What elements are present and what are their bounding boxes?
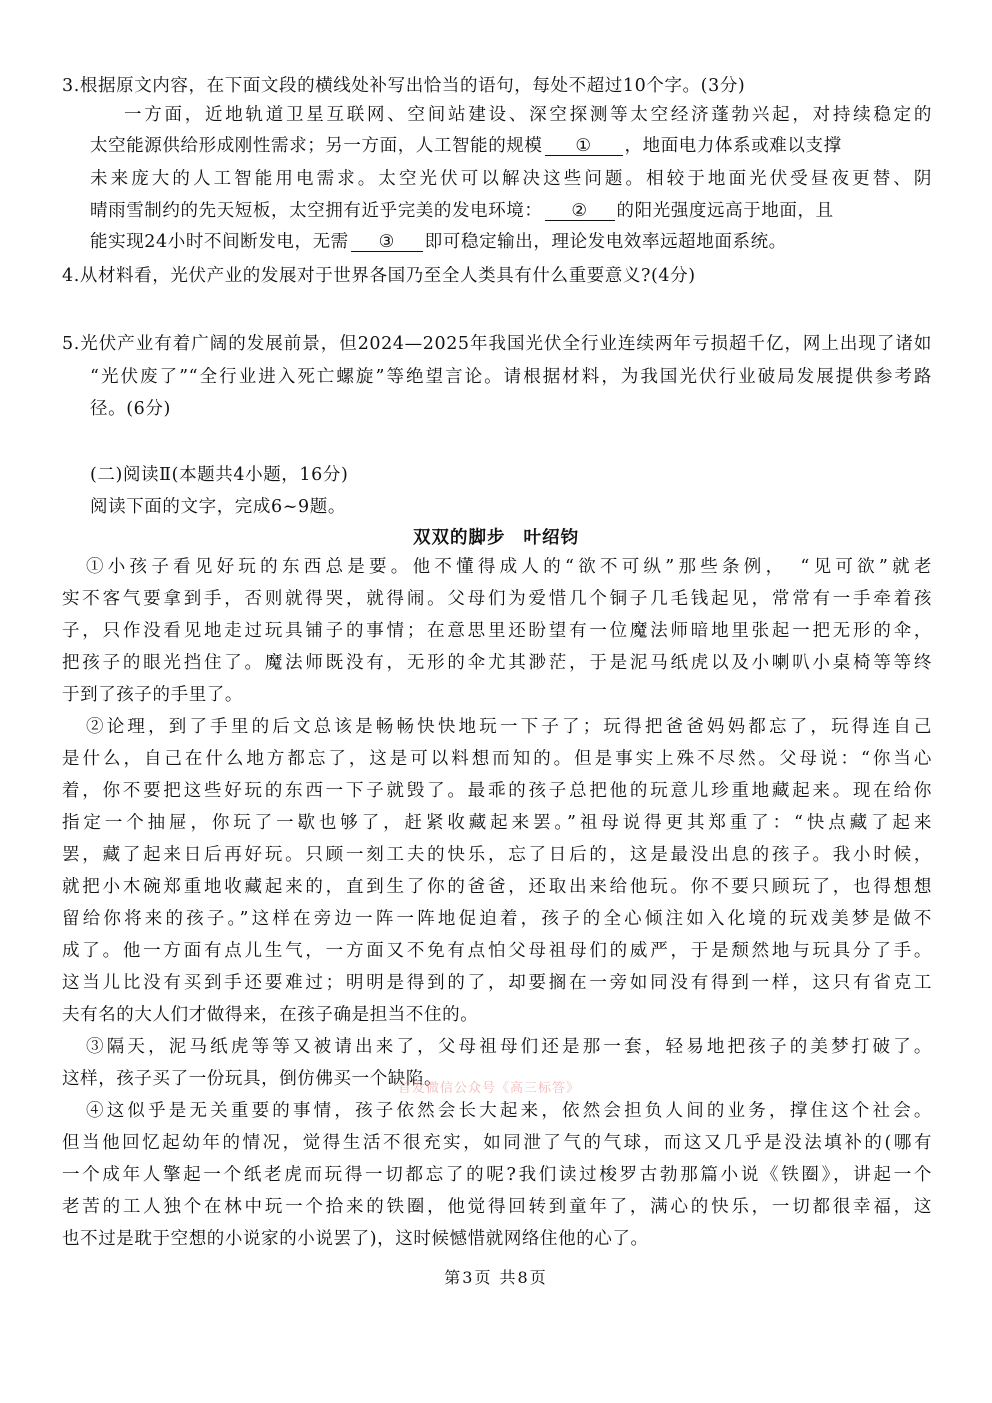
q3-line-5-post: 即可稳定输出，理论发电效率远超地面系统。 [425, 232, 787, 252]
p2-line-4: 指定一个抽屉，你玩了一歇也够了，赶紧收藏起来罢。”祖母说得更其郑重了：“快点藏了… [62, 812, 932, 834]
page-number: 第3页 共8页 [0, 1265, 992, 1288]
q3-line-5-pre: 能实现24小时不间断发电，无需 [90, 232, 349, 252]
p2-line-6: 就把小木碗郑重地收藏起来的，直到生了你的爸爸，还取出来给他玩。你不要只顾玩了，也… [62, 876, 932, 898]
q3-line-4-post: 的阳光强度远高于地面，且 [617, 201, 834, 221]
p2-line-5: 罢，藏了起来日后再好玩。只顾一刻工夫的快乐，忘了日后的，这是最没出息的孩子。我小… [62, 844, 932, 866]
p2-line-1: ②论理，到了手里的后文总该是畅畅快快地玩一下子了；玩得把爸爸妈妈都忘了，玩得连自… [86, 716, 932, 738]
q5-line-3: 径。(6分) [90, 398, 932, 420]
blank-2[interactable]: ② [545, 202, 615, 221]
q3-line-3: 未来庞大的人工智能用电需求。太空光伏可以解决这些问题。相较于地面光伏受昼夜更替、… [90, 168, 932, 190]
blank-3[interactable]: ③ [351, 233, 423, 252]
p4-line-3: 一个成年人擎起一个纸老虎而玩得一切都忘了的呢?我们读过梭罗古勃那篇小说《铁圈》，… [62, 1164, 932, 1186]
passage-title-text: 双双的脚步 [413, 528, 506, 548]
section-heading: (二)阅读Ⅱ(本题共4小题，16分) [90, 464, 932, 486]
p1-line-4: 把孩子的眼光挡住了。魔法师既没有，无形的伞尤其渺茫，于是泥马纸虎以及小喇叭小桌椅… [62, 652, 932, 674]
p2-line-10: 夫有名的大人们才做得来，在孩子确是担当不住的。 [62, 1004, 932, 1026]
passage-title: 双双的脚步叶绍钧 [0, 524, 992, 549]
p1-line-2: 实不客气要拿到手，否则就得哭，就得闹。父母们为爱惜几个铜子几毛钱起见，常常有一手… [62, 588, 932, 610]
q3-line-5: 能实现24小时不间断发电，无需③即可稳定输出，理论发电效率远超地面系统。 [90, 231, 932, 253]
q5-line-2: “光伏废了”“全行业进入死亡螺旋”等绝望言论。请根据材料，为我国光伏行业破局发展… [90, 366, 932, 388]
p1-line-1: ①小孩子看见好玩的东西总是要。他不懂得成人的“欲不可纵”那些条例， “见可欲”就… [86, 556, 932, 578]
q3-line-2-post: ，地面电力体系或难以支撑 [625, 136, 842, 156]
p2-line-9: 这当儿比没有买到手还要难过；明明是得到的了，却要搁在一旁如同没有得到一样，这只有… [62, 972, 932, 994]
q5-line-1: 5.光伏产业有着广阔的发展前景，但2024—2025年我国光伏全行业连续两年亏损… [62, 333, 932, 355]
q3-prompt: 3.根据原文内容，在下面文段的横线处补写出恰当的语句，每处不超过10个字。(3分… [62, 75, 932, 97]
q3-line-2-pre: 太空能源供给形成刚性需求；另一方面，人工智能的规模 [90, 136, 543, 156]
section-instruction: 阅读下面的文字，完成6~9题。 [90, 496, 932, 518]
p3-line-1: ③隔天，泥马纸虎等等又被请出来了，父母祖母们还是那一套，轻易地把孩子的美梦打破了… [86, 1036, 932, 1058]
p2-line-2: 是什么，自己在什么地方都忘了，这是可以料想而知的。但是事实上殊不尽然。父母说：“… [62, 748, 932, 770]
p4-line-2: 但当他回忆起幼年的情况，觉得生活不很充实，如同泄了气的气球，而这又几乎是没法填补… [62, 1132, 932, 1154]
p2-line-7: 留给你将来的孩子。”这样在旁边一阵一阵地促迫着，孩子的全心倾注如入化境的玩戏美梦… [62, 908, 932, 930]
q3-line-4-pre: 晴雨雪制约的先天短板，太空拥有近乎完美的发电环境： [90, 201, 543, 221]
q4-prompt: 4.从材料看，光伏产业的发展对于世界各国乃至全人类具有什么重要意义?(4分) [62, 265, 932, 287]
blank-1[interactable]: ① [545, 137, 623, 156]
p4-line-4: 老苦的工人独个在林中玩一个拾来的铁圈，他觉得回转到童年了，满心的快乐，一切都很幸… [62, 1196, 932, 1218]
p1-line-3: 子，只作没看见地走过玩具铺子的事情；在意思里还盼望有一位魔法师暗地里张起一把无形… [62, 620, 932, 642]
q3-line-1: 一方面，近地轨道卫星互联网、空间站建设、深空探测等太空经济蓬勃兴起，对持续稳定的 [124, 104, 932, 126]
p4-line-5: 也不过是耽于空想的小说家的小说罢了)，这时候憾惜就网络住他的心了。 [62, 1228, 932, 1250]
q3-line-2: 太空能源供给形成刚性需求；另一方面，人工智能的规模①，地面电力体系或难以支撑 [90, 135, 932, 157]
p4-line-1: ④这似乎是无关重要的事情，孩子依然会长大起来，依然会担负人间的业务，撑住这个社会… [86, 1100, 932, 1122]
passage-author: 叶绍钧 [524, 528, 580, 548]
p3-line-2: 这样，孩子买了一份玩具，倒仿佛买一个缺陷。 [62, 1068, 932, 1090]
p2-line-8: 成了。他一方面有点儿生气，一方面又不免有点怕父母祖母们的威严，于是颓然地与玩具分… [62, 940, 932, 962]
exam-page: 3.根据原文内容，在下面文段的横线处补写出恰当的语句，每处不超过10个字。(3分… [0, 0, 992, 1403]
q3-line-4: 晴雨雪制约的先天短板，太空拥有近乎完美的发电环境：②的阳光强度远高于地面，且 [90, 200, 932, 222]
p1-line-5: 于到了孩子的手里了。 [62, 684, 932, 706]
p2-line-3: 着，你不要把这些好玩的东西一下子就毁了。最乖的孩子总把他的玩意儿珍重地藏起来。现… [62, 780, 932, 802]
